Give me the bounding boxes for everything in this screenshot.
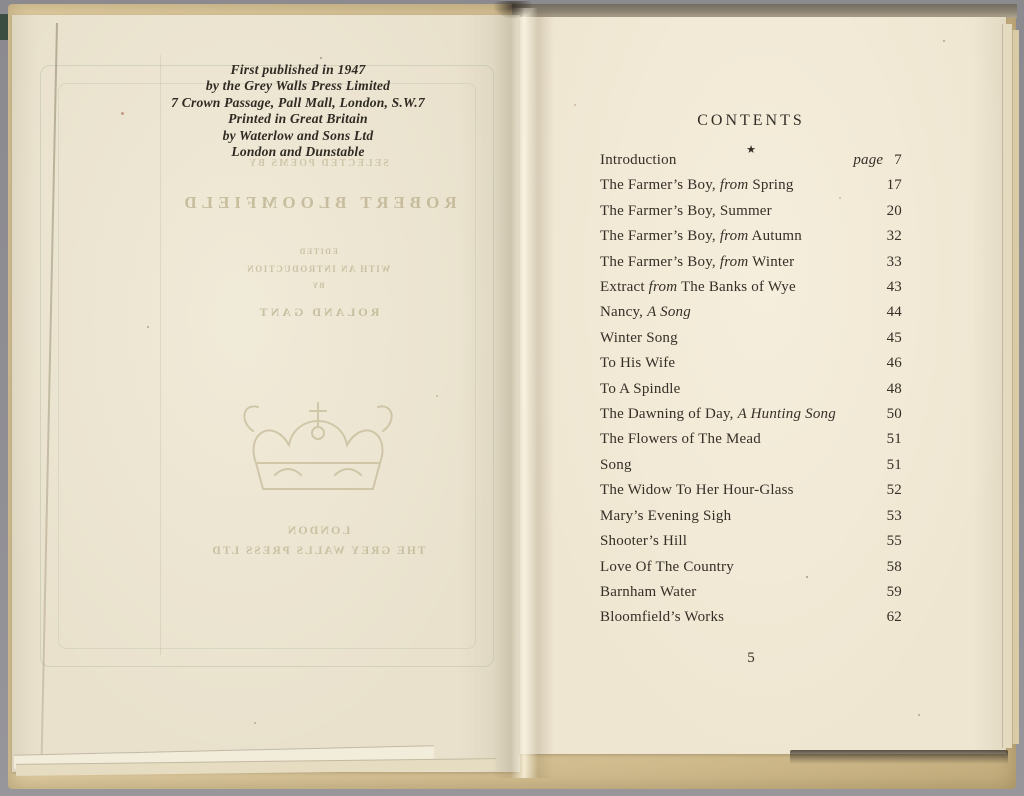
toc-entry-page: 17 — [887, 173, 902, 198]
toc-entry: The Widow To Her Hour-Glass52 — [600, 478, 902, 503]
toc-entry: Barnham Water59 — [600, 580, 902, 605]
toc-entry-page: page7 — [853, 148, 902, 173]
toc-entry: Winter Song45 — [600, 326, 902, 351]
showthrough-by: BY — [98, 281, 538, 290]
showthrough-city: LONDON — [98, 523, 538, 538]
toc-entry: Introductionpage7 — [600, 148, 902, 173]
toc-entry: Shooter’s Hill55 — [600, 529, 902, 554]
foxing-speck — [943, 40, 945, 42]
toc-entry: The Dawning of Day, A Hunting Song50 — [600, 402, 902, 427]
page-number: 5 — [600, 650, 902, 667]
toc-entry-title: Extract from The Banks of Wye — [600, 275, 796, 300]
showthrough-edited: EDITED — [98, 247, 538, 256]
toc-entry-page: 44 — [887, 300, 902, 325]
toc-entry: Bloomfield’s Works62 — [600, 605, 902, 630]
fore-edge-pages — [1012, 30, 1019, 744]
toc-entry: The Farmer’s Boy, Summer20 — [600, 199, 902, 224]
imprint-line: by Waterlow and Sons Ltd — [78, 128, 518, 144]
toc-entry-page: 50 — [887, 402, 902, 427]
toc-entry-title: Introduction — [600, 148, 677, 173]
cover-cloth-corner — [0, 14, 8, 40]
toc-entry-title: To His Wife — [600, 351, 675, 376]
page-bottom-shadow — [790, 750, 1008, 764]
foxing-speck — [320, 57, 322, 59]
showthrough-author: ROBERT BLOOMFIELD — [98, 193, 538, 213]
foxing-speck — [839, 197, 841, 199]
foxing-speck — [574, 104, 576, 106]
toc-entry-title: Song — [600, 453, 632, 478]
toc-entry: The Flowers of The Mead51 — [600, 427, 902, 452]
toc-entry-title: Mary’s Evening Sigh — [600, 504, 731, 529]
toc-entry-title: Nancy, A Song — [600, 300, 691, 325]
toc-entry-title: The Farmer’s Boy, from Winter — [600, 250, 794, 275]
toc-entry-page: 58 — [887, 555, 902, 580]
toc-entry-page: 45 — [887, 326, 902, 351]
imprint-line: 7 Crown Passage, Pall Mall, London, S.W.… — [78, 95, 518, 111]
toc-entry-page: 51 — [887, 427, 902, 452]
toc-entry-page: 33 — [887, 250, 902, 275]
contents-heading: CONTENTS — [600, 112, 902, 130]
toc-entry-title: The Farmer’s Boy, from Spring — [600, 173, 794, 198]
toc-entry-page: 53 — [887, 504, 902, 529]
toc-entry: The Farmer’s Boy, from Winter33 — [600, 250, 902, 275]
toc-entry: The Farmer’s Boy, from Spring17 — [600, 173, 902, 198]
showthrough-editor: ROLAND GANT — [98, 305, 538, 320]
toc-entry-title: The Widow To Her Hour-Glass — [600, 478, 794, 503]
imprint-block: First published in 1947by the Grey Walls… — [78, 62, 518, 160]
foxing-speck — [121, 112, 124, 115]
toc-entry-title: Barnham Water — [600, 580, 697, 605]
toc-entry-page: 55 — [887, 529, 902, 554]
toc-entry: Nancy, A Song44 — [600, 300, 902, 325]
toc-entry: To A Spindle48 — [600, 377, 902, 402]
gutter-top-shadow — [494, 1, 532, 18]
toc-entry: Mary’s Evening Sigh53 — [600, 504, 902, 529]
toc-entry-page: 48 — [887, 377, 902, 402]
toc-entry-title: Shooter’s Hill — [600, 529, 687, 554]
foxing-speck — [436, 395, 438, 397]
toc-entry-title: To A Spindle — [600, 377, 681, 402]
page-stack-top-edge — [512, 4, 1017, 18]
toc-entry-title: Love Of The Country — [600, 555, 734, 580]
foxing-speck — [806, 576, 808, 578]
toc-entry-title: The Flowers of The Mead — [600, 427, 761, 452]
foxing-speck — [254, 722, 256, 724]
toc-entry: Love Of The Country58 — [600, 555, 902, 580]
toc-entry-title: The Farmer’s Boy, from Autumn — [600, 224, 802, 249]
right-page-contents: CONTENTS ★ Introductionpage7The Farmer’s… — [520, 17, 1006, 754]
showthrough-introduction-line: WITH AN INTRODUCTION — [98, 264, 538, 274]
showthrough-publisher: THE GREY WALLS PRESS LTD — [98, 545, 538, 557]
imprint-line: First published in 1947 — [78, 62, 518, 78]
toc-entry-page: 46 — [887, 351, 902, 376]
foxing-speck — [147, 326, 149, 328]
imprint-line: Printed in Great Britain — [78, 111, 518, 127]
toc-entry-title: Bloomfield’s Works — [600, 605, 724, 630]
fore-edge-pages — [1002, 24, 1012, 748]
toc-entry: The Farmer’s Boy, from Autumn32 — [600, 224, 902, 249]
toc-entry-title: The Farmer’s Boy, Summer — [600, 199, 772, 224]
toc-entry-title: Winter Song — [600, 326, 678, 351]
toc-entry-page: 62 — [887, 605, 902, 630]
contents-list: Introductionpage7The Farmer’s Boy, from … — [600, 148, 902, 631]
foxing-speck — [918, 714, 920, 716]
toc-entry: To His Wife46 — [600, 351, 902, 376]
toc-entry-page: 43 — [887, 275, 902, 300]
toc-entry-page: 32 — [887, 224, 902, 249]
toc-entry-page: 51 — [887, 453, 902, 478]
imprint-line: by the Grey Walls Press Limited — [78, 78, 518, 94]
open-book-photo: First published in 1947by the Grey Walls… — [0, 0, 1024, 796]
showthrough-series-line: SELECTED POEMS BY — [98, 158, 538, 169]
toc-entry: Song51 — [600, 453, 902, 478]
toc-entry-page: 52 — [887, 478, 902, 503]
left-page-copyright: First published in 1947by the Grey Walls… — [12, 15, 520, 772]
toc-entry-title: The Dawning of Day, A Hunting Song — [600, 402, 836, 427]
crown-ornament-icon — [233, 383, 403, 501]
toc-entry-page: 59 — [887, 580, 902, 605]
toc-entry-page: 20 — [887, 199, 902, 224]
toc-entry: Extract from The Banks of Wye43 — [600, 275, 902, 300]
